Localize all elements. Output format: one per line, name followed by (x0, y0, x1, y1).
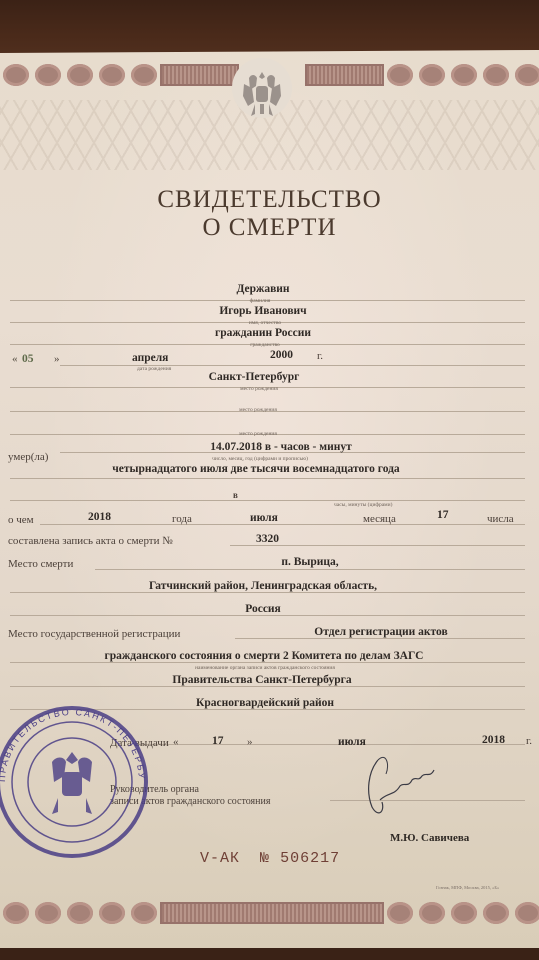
birth-place-caption: место рождения (240, 386, 278, 392)
record-month-label: месяца (363, 513, 396, 525)
ruled-line (10, 478, 525, 479)
death-place-line2: Гатчинский район, Ленинградская область, (149, 580, 377, 592)
document-title-line1: СВИДЕТЕЛЬСТВО (0, 186, 539, 214)
double-headed-eagle-icon (241, 68, 283, 120)
head-name: М.Ю. Савичева (390, 832, 469, 844)
name-patronymic-value: Игорь Иванович (219, 305, 306, 317)
ruled-line (10, 615, 525, 616)
issue-day-open-quote: « (173, 736, 179, 748)
name-patronymic-caption: имя, отчество (249, 320, 281, 326)
birth-date-caption: дата рождения (137, 366, 171, 372)
record-month-value: июля (250, 512, 278, 524)
issue-year-value: 2018 (482, 734, 505, 746)
issue-day-value: 17 (212, 735, 224, 747)
record-act-number: 3320 (256, 533, 279, 545)
serial-number-sign: № (260, 850, 270, 867)
serial-number-value: 506217 (280, 850, 340, 867)
death-time-caption: часы, минуты (цифрами) (334, 502, 392, 508)
registration-line4: Красногвардейский район (196, 697, 334, 709)
ruled-line (40, 524, 525, 525)
issue-year-suffix: г. (526, 735, 532, 747)
birth-year-suffix: г. (317, 350, 323, 362)
death-place-label: Место смерти (8, 558, 73, 570)
surname-caption: фамилия (250, 298, 271, 304)
registration-caption: наименование органа записи актов граждан… (195, 665, 335, 671)
birth-month-value: апреля (132, 352, 168, 364)
death-place-line3: Россия (245, 603, 281, 615)
printer-mark: Гознак, МПФ, Москва, 2015, «Б» (436, 885, 499, 890)
citizenship-caption: гражданство (250, 342, 280, 348)
registration-label: Место государственной регистрации (8, 628, 180, 640)
ruled-line (235, 638, 525, 639)
bottom-ornament-border (0, 900, 539, 926)
document-title-line2: О СМЕРТИ (0, 214, 539, 242)
birth-year-value: 2000 (270, 349, 293, 361)
birth-day-close-quote: » (54, 353, 60, 365)
ruled-line (10, 500, 525, 501)
death-label: умер(ла) (8, 451, 48, 463)
serial-number: V-АК № 506217 (200, 850, 340, 867)
death-date-words: четырнадцатого июля две тысячи восемнадц… (112, 463, 399, 475)
ruled-line (10, 592, 525, 593)
issue-month-value: июля (338, 736, 366, 748)
birth-place-value: Санкт-Петербург (209, 371, 300, 383)
ruled-line (10, 662, 525, 663)
extra-caption: место рождения (239, 431, 277, 437)
death-place-line1: п. Вырица, (281, 556, 338, 568)
serial-series: V-АК (200, 850, 240, 867)
death-time-prefix: в (233, 490, 238, 500)
issue-day-close-quote: » (247, 736, 253, 748)
birth-day-open-quote: « (12, 353, 18, 365)
extra-caption: место рождения (239, 407, 277, 413)
svg-text:ПРАВИТЕЛЬСТВО САНКТ-ПЕТЕРБУРГА: ПРАВИТЕЛЬСТВО САНКТ-ПЕТЕРБУРГА (0, 702, 147, 782)
record-about-label: о чем (8, 514, 34, 526)
record-day-value: 17 (437, 509, 449, 521)
ruled-line (140, 744, 525, 745)
ruled-line (230, 545, 525, 546)
signature (360, 752, 445, 822)
record-day-label: числа (487, 513, 514, 525)
registration-line2: гражданского состояния о смерти 2 Комите… (105, 650, 424, 662)
ruled-line (10, 686, 525, 687)
death-date-line: 14.07.2018 в - часов - минут (210, 441, 352, 453)
birth-day-value: 05 (22, 353, 34, 365)
record-year-label: года (172, 513, 192, 525)
citizenship-value: гражданин России (215, 327, 311, 339)
registration-line3: Правительства Санкт-Петербурга (172, 674, 351, 686)
ruled-line (60, 365, 525, 366)
official-seal-stamp: ПРАВИТЕЛЬСТВО САНКТ-ПЕТЕРБУРГА (0, 702, 152, 862)
ruled-line (95, 569, 525, 570)
death-date-caption: число, месяц, год (цифрами и прописью) (212, 456, 308, 462)
record-year-value: 2018 (88, 511, 111, 523)
record-act-label: составлена запись акта о смерти № (8, 535, 173, 547)
registration-line1: Отдел регистрации актов (314, 626, 447, 638)
surname-value: Державин (236, 283, 289, 295)
